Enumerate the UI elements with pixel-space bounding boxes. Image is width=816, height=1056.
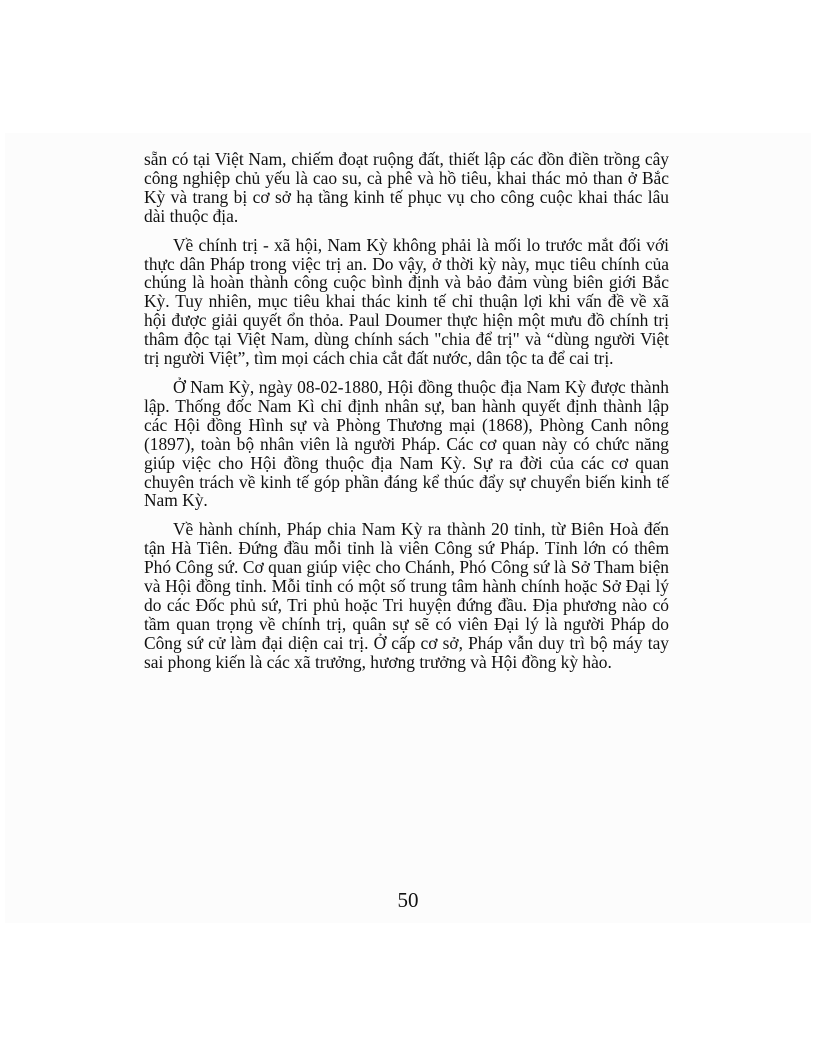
paragraph-4: Về hành chính, Pháp chia Nam Kỳ ra thành… (144, 520, 669, 671)
paragraph-1: sẵn có tại Việt Nam, chiếm đoạt ruộng đấ… (144, 150, 669, 226)
page-body: sẵn có tại Việt Nam, chiếm đoạt ruộng đấ… (144, 150, 669, 672)
page-number: 50 (0, 888, 816, 913)
paragraph-2: Về chính trị - xã hội, Nam Kỳ không phải… (144, 236, 669, 368)
paragraph-3: Ở Nam Kỳ, ngày 08-02-1880, Hội đồng thuộ… (144, 378, 669, 510)
